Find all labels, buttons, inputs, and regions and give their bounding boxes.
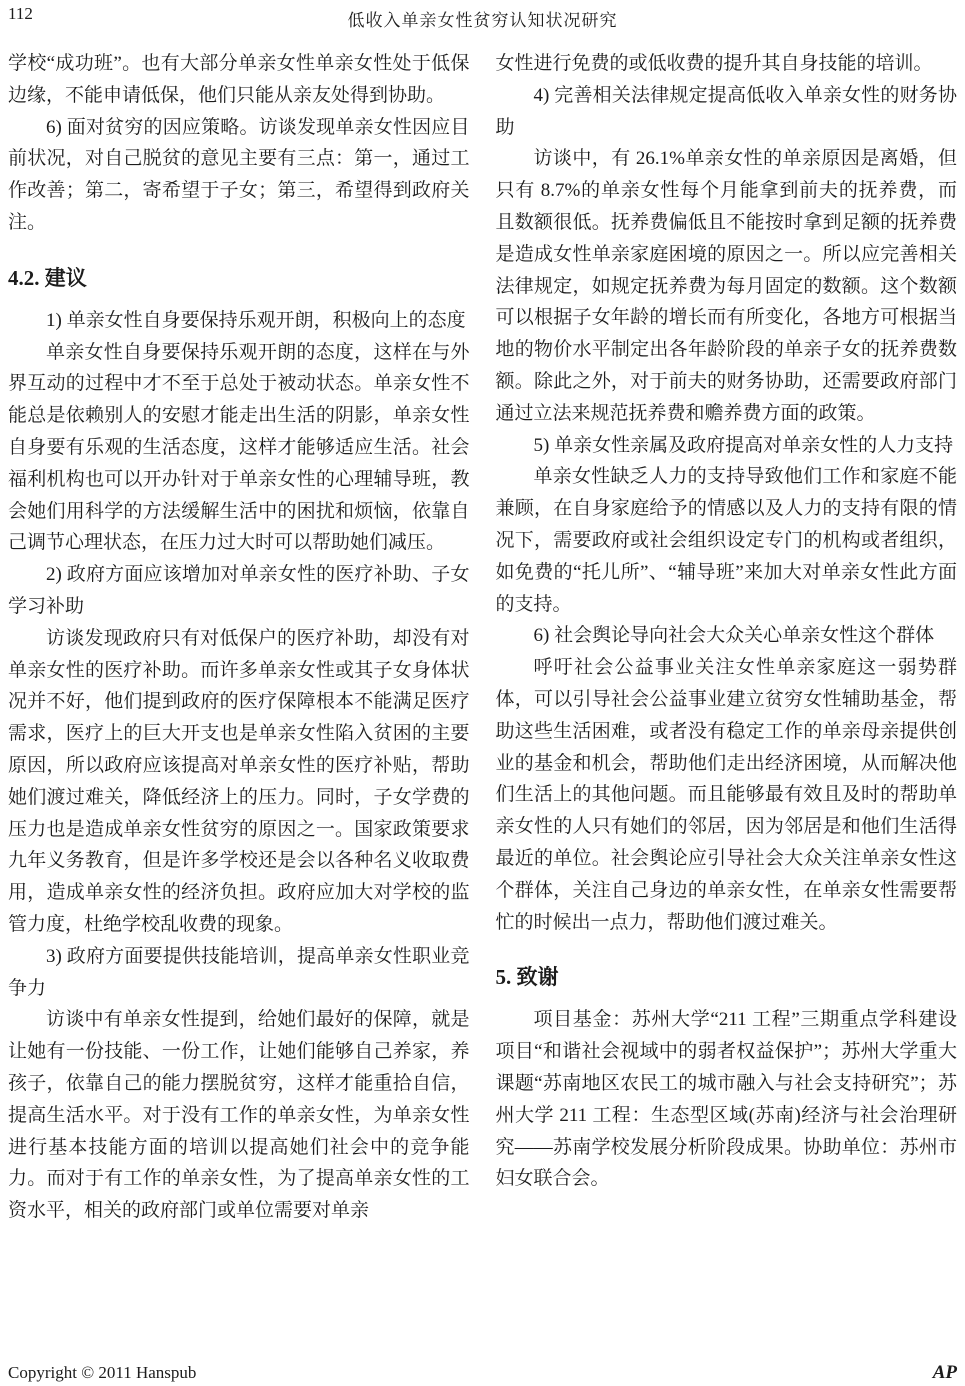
- two-column-body: 学校“成功班”。也有大部分单亲女性单亲女性处于低保边缘，不能申请低保，他们只能从…: [0, 36, 965, 1227]
- section-heading-suggestions: 4.2. 建议: [8, 265, 470, 291]
- page-number: 112: [8, 4, 33, 24]
- paragraph: 6) 面对贫穷的因应策略。访谈发现单亲女性因应目前状况，对自己脱贫的意见主要有三…: [8, 112, 470, 239]
- right-column: 女性进行免费的或低收费的提升其自身技能的培训。 4) 完善相关法律规定提高低收入…: [496, 48, 958, 1227]
- page-footer: Copyright © 2011 Hanspub AP: [8, 1362, 957, 1384]
- paragraph: 女性进行免费的或低收费的提升其自身技能的培训。: [496, 48, 958, 80]
- section-heading-acknowledgements: 5. 致谢: [496, 964, 958, 990]
- paragraph: 学校“成功班”。也有大部分单亲女性单亲女性处于低保边缘，不能申请低保，他们只能从…: [8, 48, 470, 112]
- paragraph: 项目基金：苏州大学“211 工程”三期重点学科建设项目“和谐社会视域中的弱者权益…: [496, 1004, 958, 1195]
- list-item-heading: 4) 完善相关法律规定提高低收入单亲女性的财务协助: [496, 80, 958, 144]
- list-item-heading: 5) 单亲女性亲属及政府提高对单亲女性的人力支持: [496, 430, 958, 462]
- copyright-notice: Copyright © 2011 Hanspub: [8, 1363, 196, 1383]
- paper-page: 112 低收入单亲女性贫穷认知状况研究 学校“成功班”。也有大部分单亲女性单亲女…: [0, 0, 965, 1386]
- list-item-heading: 6) 社会舆论导向社会大众关心单亲女性这个群体: [496, 620, 958, 652]
- left-column: 学校“成功班”。也有大部分单亲女性单亲女性处于低保边缘，不能申请低保，他们只能从…: [8, 48, 470, 1227]
- publisher-logo: AP: [933, 1362, 957, 1384]
- paragraph: 访谈发现政府只有对低保户的医疗补助，却没有对单亲女性的医疗补助。而许多单亲女性或…: [8, 623, 470, 941]
- list-item-heading: 2) 政府方面应该增加对单亲女性的医疗补助、子女学习补助: [8, 559, 470, 623]
- paragraph: 单亲女性缺乏人力的支持导致他们工作和家庭不能兼顾，在自身家庭给予的情感以及人力的…: [496, 461, 958, 620]
- paragraph: 访谈中有单亲女性提到，给她们最好的保障，就是让她有一份技能、一份工作，让她们能够…: [8, 1004, 470, 1227]
- paragraph: 呼吁社会公益事业关注女性单亲家庭这一弱势群体，可以引导社会公益事业建立贫穷女性辅…: [496, 652, 958, 938]
- paragraph: 访谈中，有 26.1%单亲女性的单亲原因是离婚，但只有 8.7%的单亲女性每个月…: [496, 143, 958, 429]
- paragraph: 单亲女性自身要保持乐观开朗的态度，这样在与外界互动的过程中才不至于总处于被动状态…: [8, 337, 470, 560]
- page-header: 112 低收入单亲女性贫穷认知状况研究: [0, 0, 965, 36]
- list-item-heading: 1) 单亲女性自身要保持乐观开朗，积极向上的态度: [8, 305, 470, 337]
- running-title: 低收入单亲女性贫穷认知状况研究: [0, 6, 965, 31]
- list-item-heading: 3) 政府方面要提供技能培训，提高单亲女性职业竞争力: [8, 941, 470, 1005]
